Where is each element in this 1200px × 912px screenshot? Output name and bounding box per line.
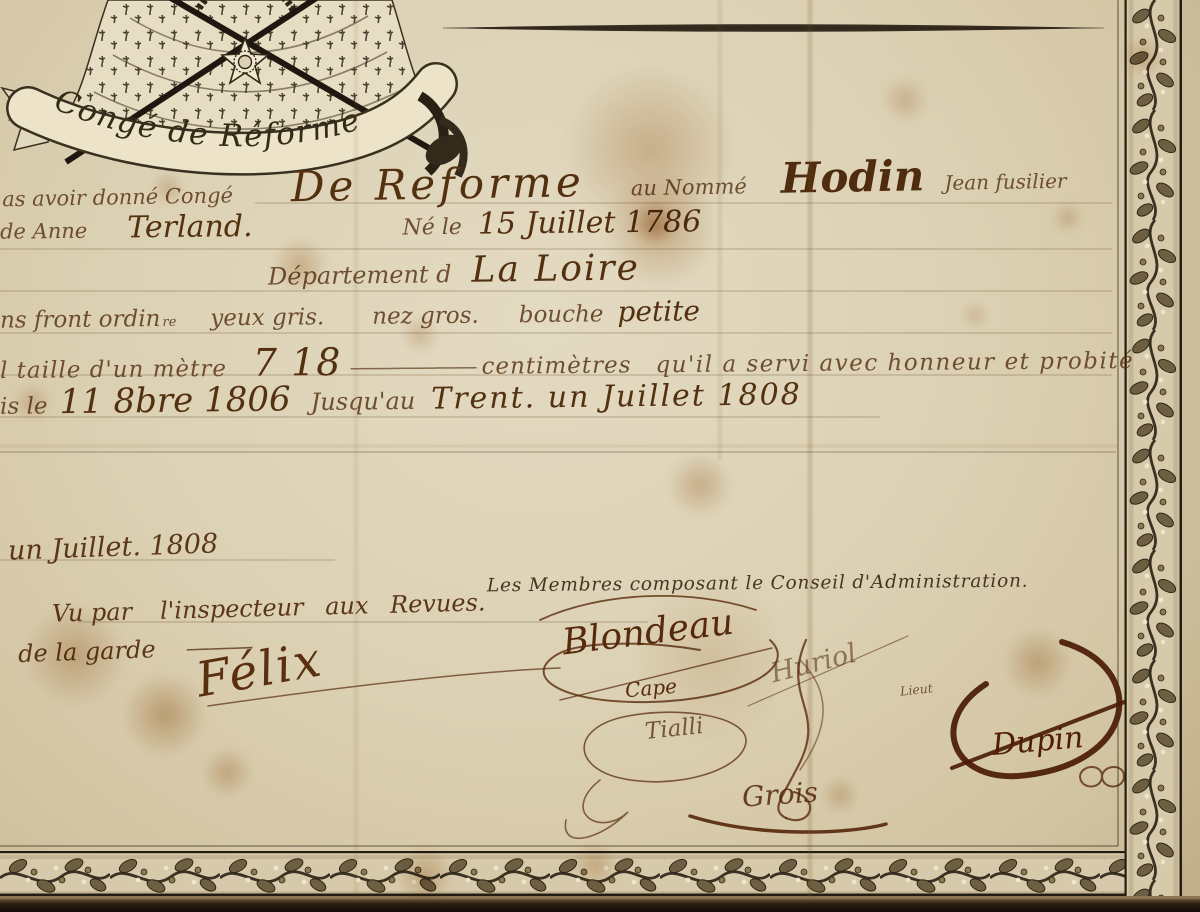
discharge-certificate-photo: Congé de Réforme — [0, 0, 1200, 912]
engraving-layer: Congé de Réforme — [0, 0, 1200, 912]
signature-flourishes — [208, 596, 1166, 838]
ruled-lines — [0, 203, 1116, 622]
right-border-oak-garland — [1125, 0, 1183, 898]
right-paper-margin — [1182, 0, 1200, 912]
bottom-border-oak-garland — [0, 851, 1182, 898]
swelled-rule — [443, 24, 1104, 32]
congé-de-réforme-emblem: Congé de Réforme — [2, 0, 468, 176]
photo-bottom-shadow — [0, 899, 1200, 912]
